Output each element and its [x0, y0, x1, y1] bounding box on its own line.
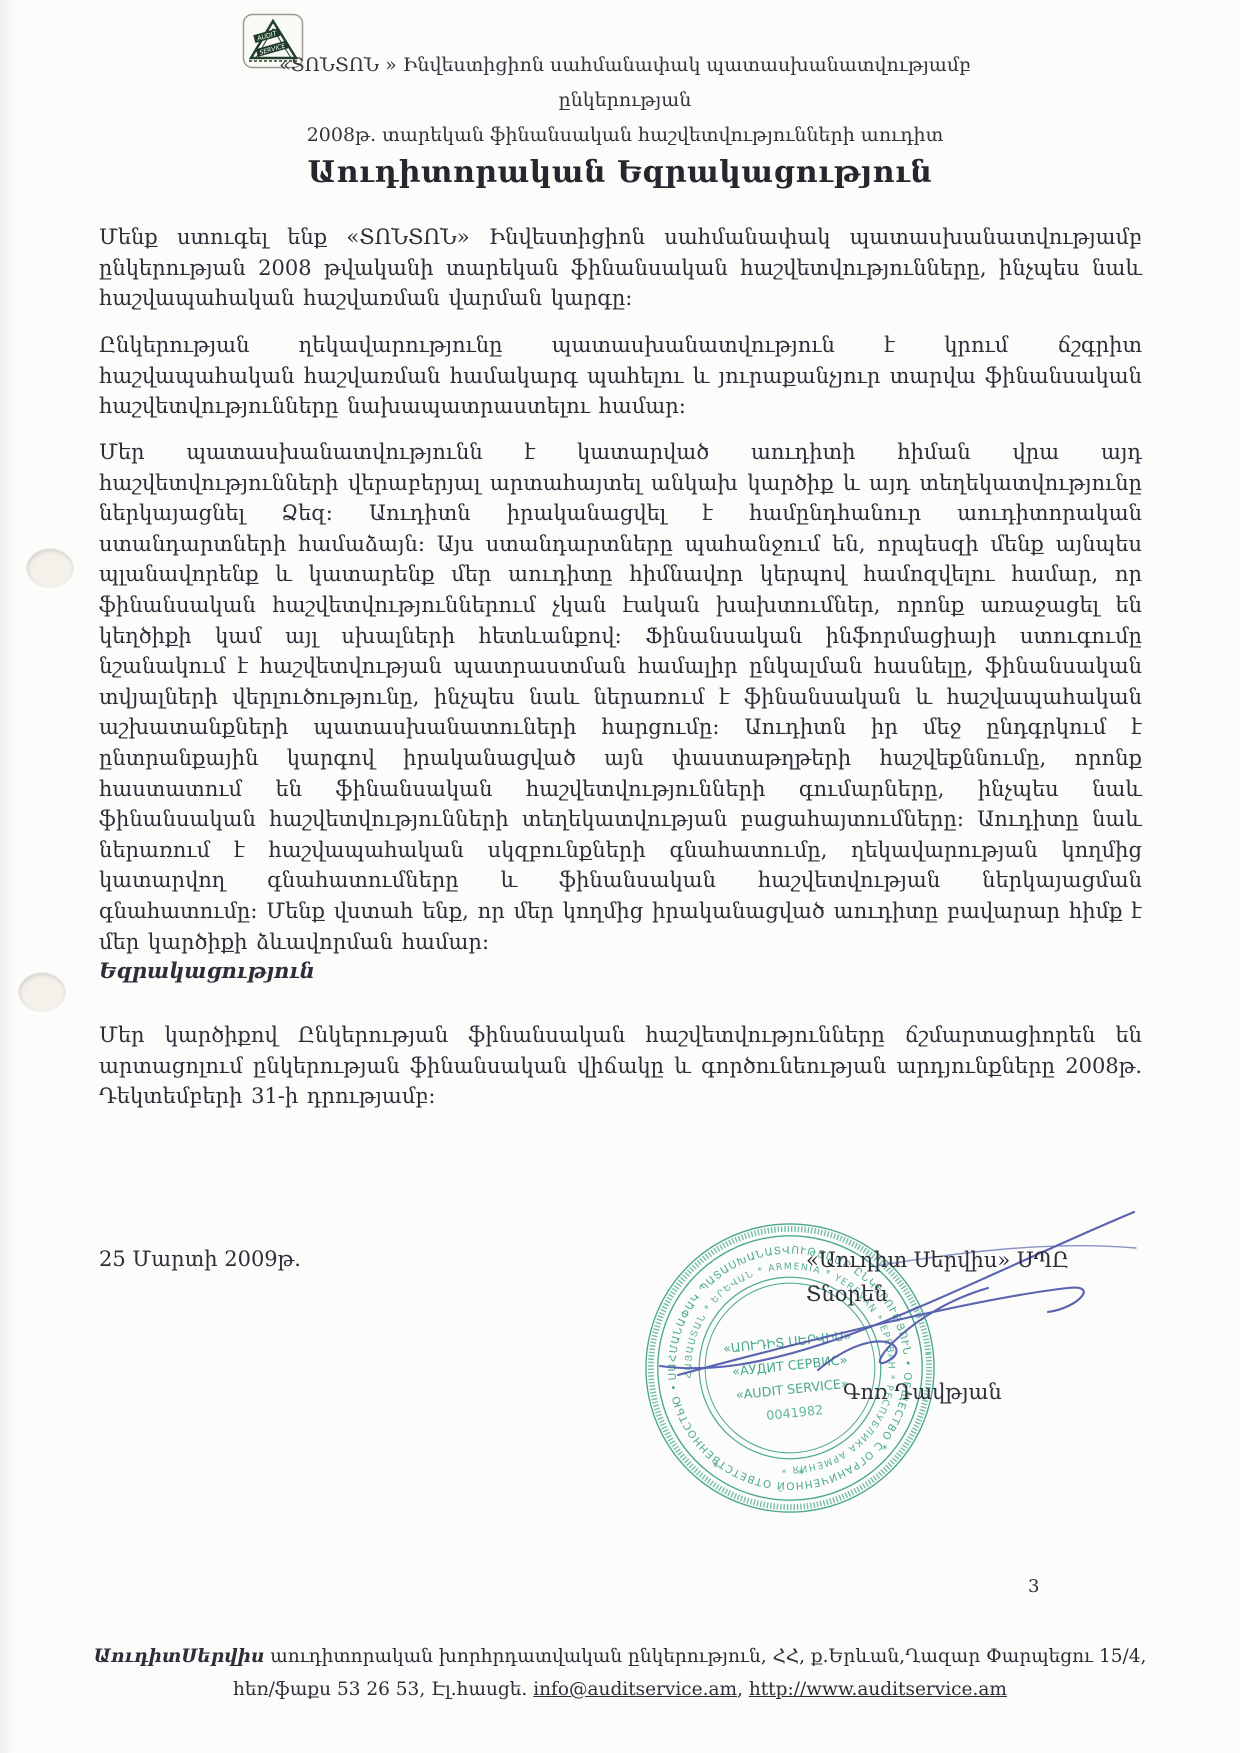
paragraph-management-responsibility: Ընկերության ղեկավարությունը պատասխանատվո… [99, 330, 1142, 422]
footer-phone-text: հեռ/ֆաքս 53 26 53, Էլ.հասցե. [233, 1679, 533, 1700]
signer-position: Տնօրեն [806, 1282, 888, 1306]
footer-brand: ԱուդիտՍերվիս [94, 1646, 265, 1667]
signer-name: Գոռ Դավթյան [843, 1380, 1002, 1404]
footer-separator: , [737, 1679, 749, 1700]
footer-email-link[interactable]: info@auditservice.am [533, 1679, 737, 1700]
stamp-number: 0041982 [766, 1403, 824, 1424]
document-page: AUDIT SERVICE «ՏՈՆՏՈՆ » Ինվեստիցիոն սահմ… [0, 0, 1240, 1753]
signing-company: «Աուդիտ Սերվիս» ՍՊԸ [806, 1248, 1069, 1272]
page-number: 3 [1028, 1576, 1039, 1597]
document-title: Աուդիտորական Եզրակացություն [0, 155, 1240, 190]
footer-address-line: ԱուդիտՍերվիս աուդիտորական խորհրդատվական … [0, 1640, 1240, 1673]
header-company-line: «ՏՈՆՏՈՆ » Ինվեստիցիոն սահմանափակ պատասխա… [230, 48, 1020, 118]
svg-text:*: * [881, 1442, 888, 1457]
footer-contact-line: հեռ/ֆաքս 53 26 53, Էլ.հասցե. info@audits… [0, 1673, 1240, 1706]
header-subject-line: 2008թ. տարեկան ֆինանսական հաշվետվություն… [230, 118, 1020, 153]
report-date: 25 Մարտի 2009թ. [99, 1247, 301, 1271]
document-footer: ԱուդիտՍերվիս աուդիտորական խորհրդատվական … [0, 1640, 1240, 1706]
footer-website-link[interactable]: http://www.auditservice.am [749, 1679, 1007, 1700]
paragraph-auditor-responsibility: Մեր պատասխանատվությունն է կատարված աուդի… [99, 437, 1142, 957]
footer-address-text: աուդիտորական խորհրդատվական ընկերություն,… [264, 1646, 1146, 1667]
punch-hole-bottom [19, 973, 65, 1011]
director-signature [648, 1170, 1143, 1400]
paragraph-scope: Մենք ստուգել ենք «ՏՈՆՏՈՆ» Ինվեստիցիոն սա… [99, 222, 1142, 314]
paragraph-opinion: Մեր կարծիքով Ընկերության ֆինանսական հաշվ… [99, 1020, 1142, 1112]
punch-hole-top [27, 549, 73, 587]
document-header: «ՏՈՆՏՈՆ » Ինվեստիցիոն սահմանափակ պատասխա… [230, 48, 1020, 153]
section-heading-conclusion: Եզրակացություն [99, 958, 315, 983]
